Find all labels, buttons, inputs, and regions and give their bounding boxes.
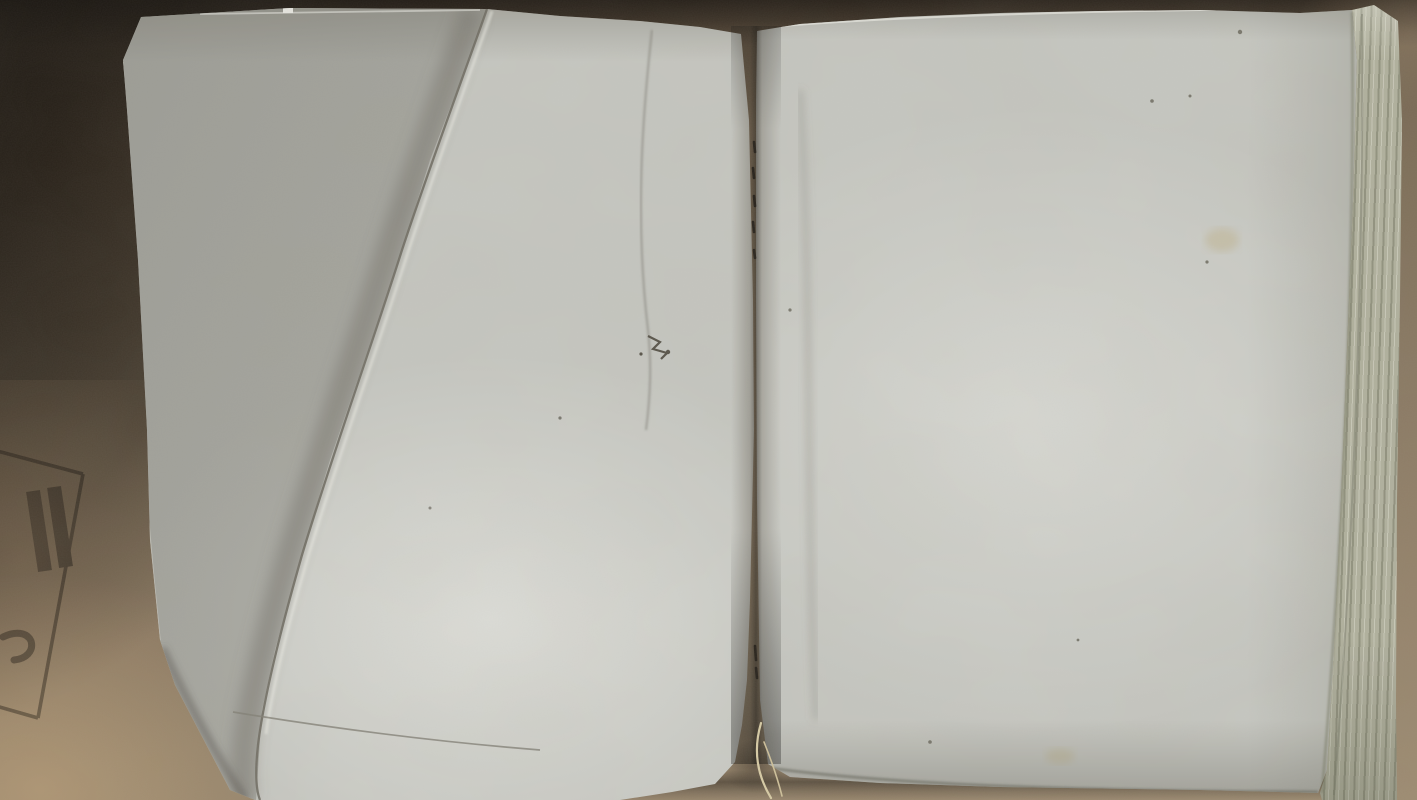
fore-edge-groove [1322, 12, 1362, 795]
binding-thread-marks [753, 142, 757, 678]
photo-scene [0, 0, 1417, 800]
straw-fiber [757, 723, 782, 798]
detail-overlay [0, 0, 1417, 800]
